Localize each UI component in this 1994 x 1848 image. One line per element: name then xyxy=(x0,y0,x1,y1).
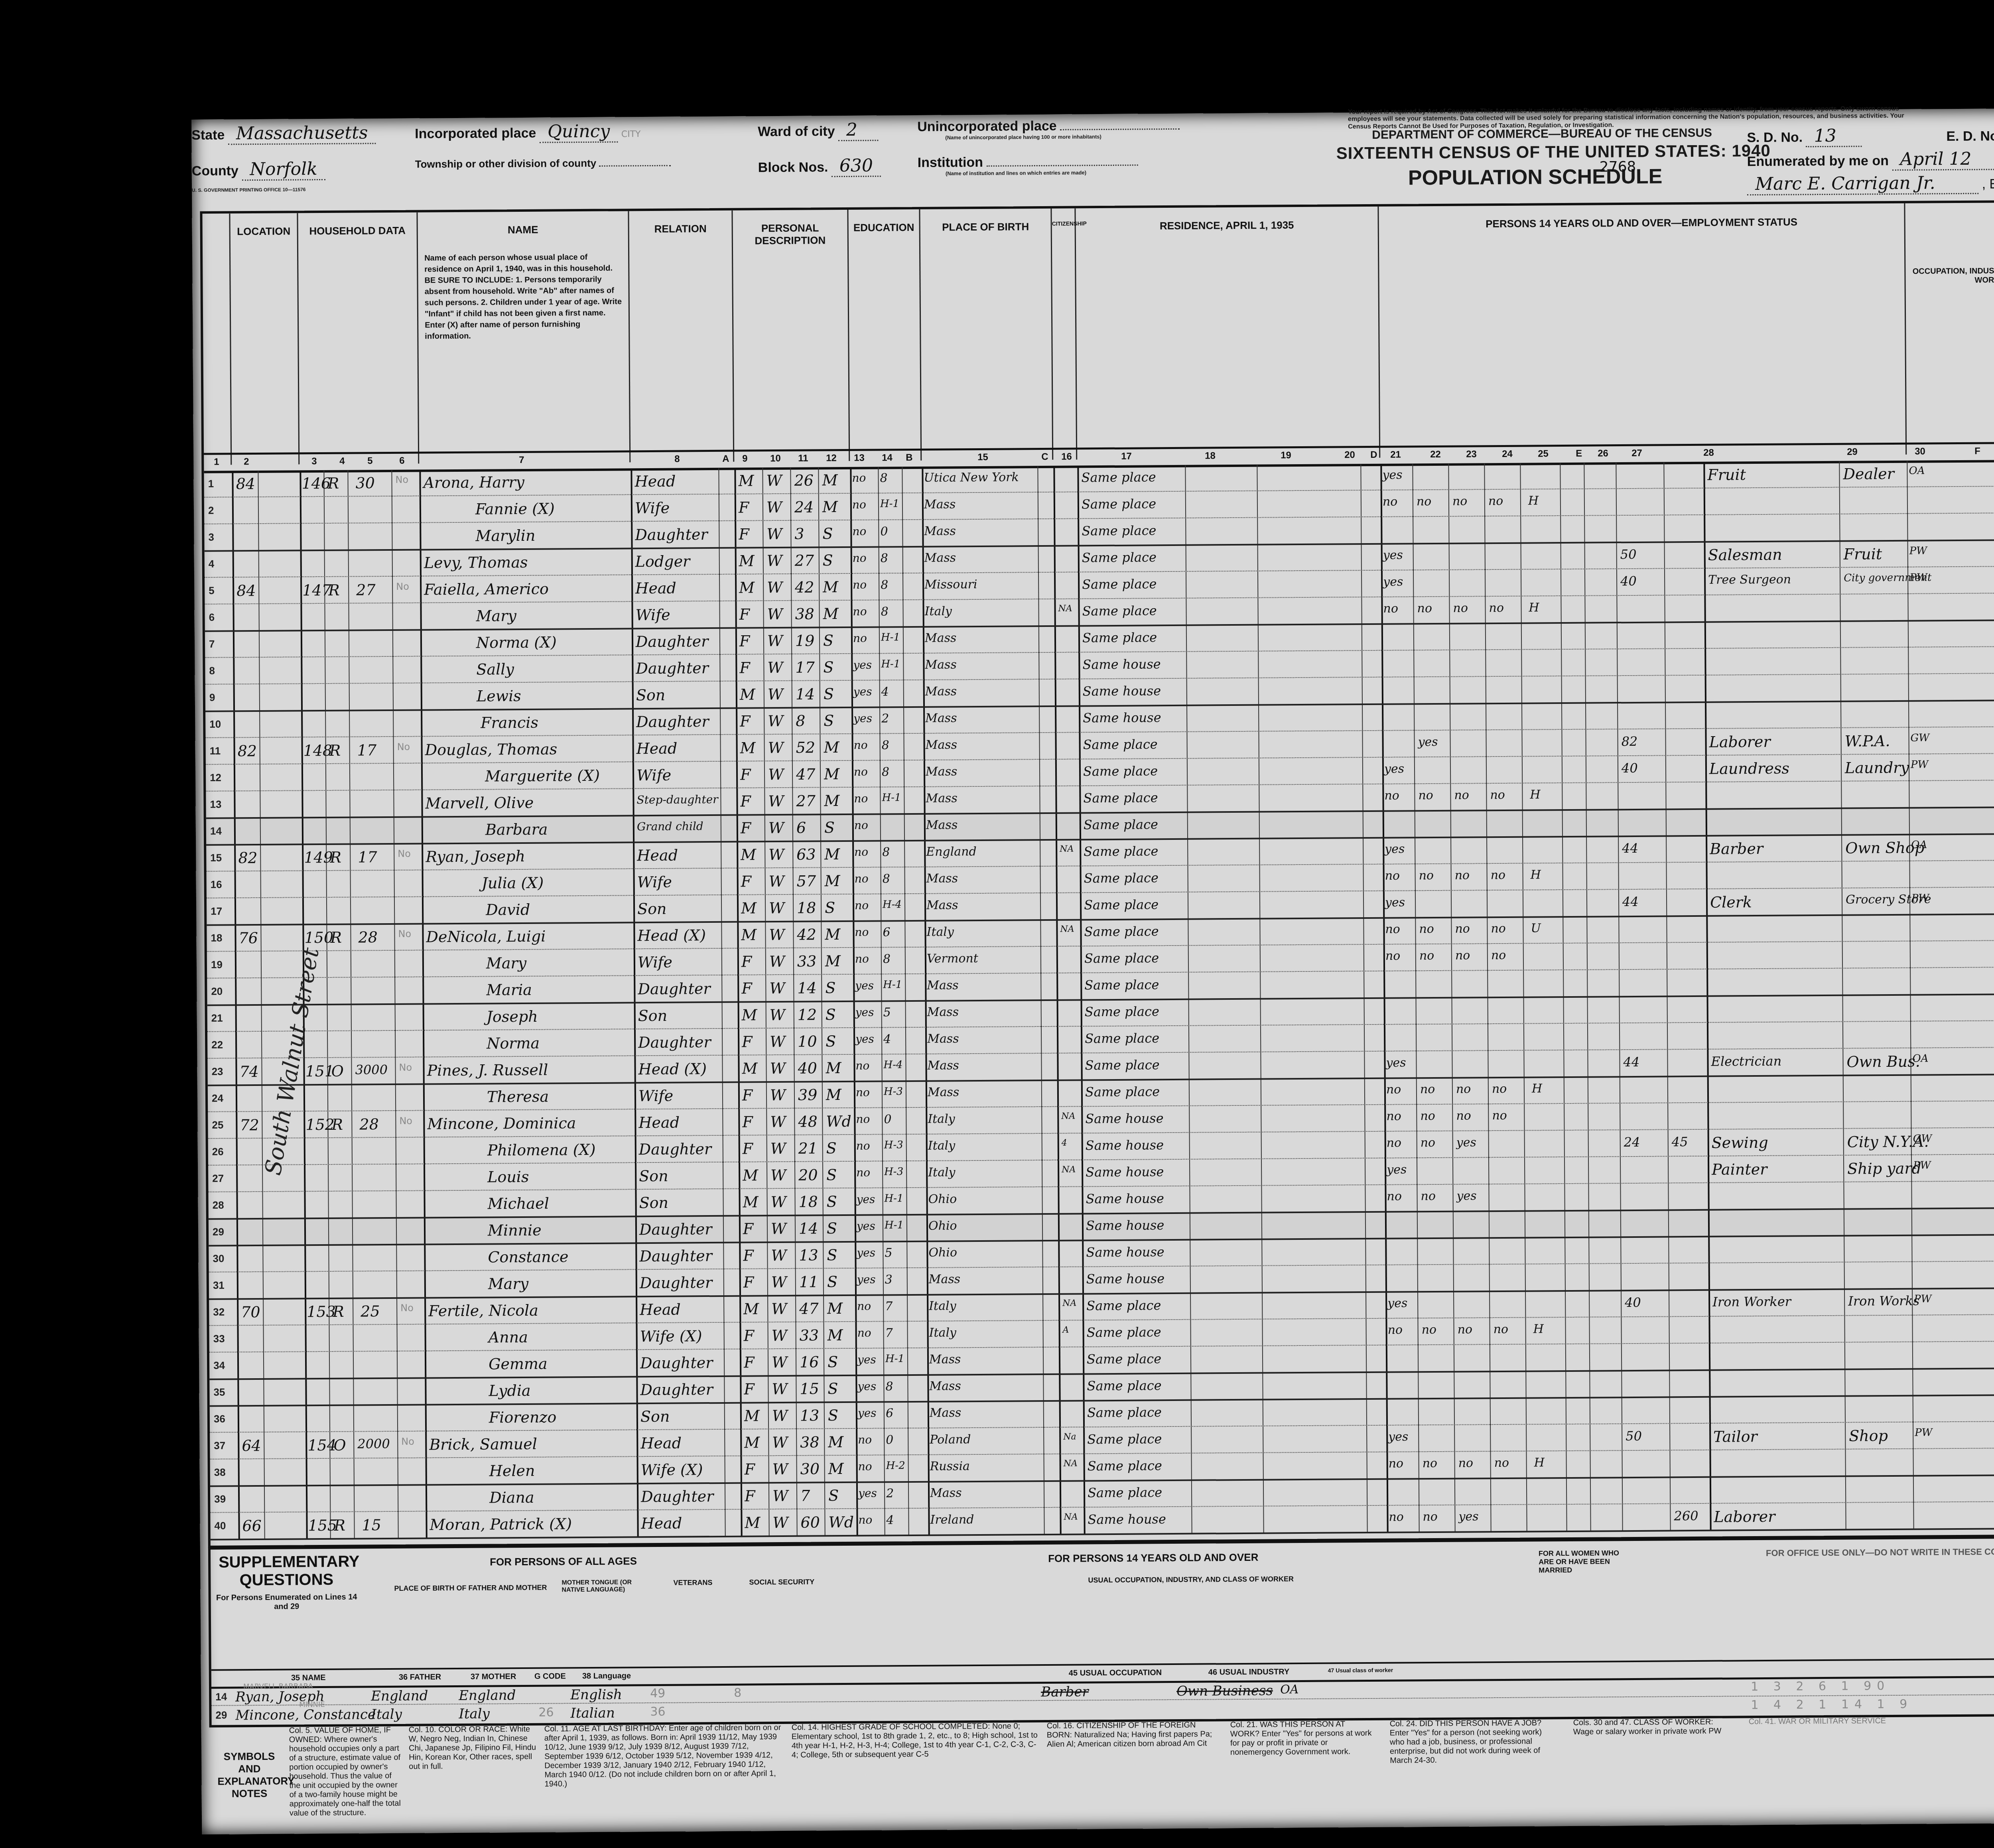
cell-value: Wife xyxy=(635,606,670,624)
cell-value: M xyxy=(743,1300,759,1318)
cell-value: Lydia xyxy=(489,1382,530,1400)
cell-value: Iron Worker xyxy=(1712,1294,1791,1310)
cell-value: H xyxy=(1530,788,1540,802)
cell-value: NA xyxy=(1060,844,1074,854)
cell-value: no xyxy=(1420,1109,1435,1123)
note-col16: Col. 16. CITIZENSHIP OF THE FOREIGN BORN… xyxy=(1047,1720,1214,1749)
note-col41: Col. 41. WAR OR MILITARY SERVICE xyxy=(1749,1716,1908,1726)
cell-value: Sewing xyxy=(1712,1134,1768,1152)
cell-value: Italy xyxy=(928,1139,956,1153)
cell-value: DeNicola, Luigi xyxy=(426,928,546,946)
cell-value: No xyxy=(397,741,410,753)
cell-value: S xyxy=(826,1166,837,1184)
cell-value: S xyxy=(824,712,834,729)
cell-value: W xyxy=(771,1220,786,1237)
block-value: 630 xyxy=(831,155,881,177)
cell-value: W xyxy=(768,766,784,783)
cell-value: no xyxy=(1458,1456,1474,1470)
cell-value: 74 xyxy=(239,1063,259,1080)
cell-value: 17 xyxy=(358,848,377,866)
line-number: 15 xyxy=(210,852,222,864)
cell-value: Italy xyxy=(929,1326,957,1340)
cell-value: Maria xyxy=(486,981,532,999)
cell-value: Daughter xyxy=(635,526,708,544)
cell-value: M xyxy=(826,1086,841,1103)
cell-value: yes xyxy=(1456,1189,1476,1203)
cell-value: no xyxy=(1389,1510,1404,1524)
cell-value: 0 xyxy=(880,524,888,538)
cell-value: 27 xyxy=(356,581,376,599)
cell-value: M xyxy=(742,1060,757,1077)
cell-value: Iron Works xyxy=(1848,1293,1919,1309)
cell-value: 4 xyxy=(881,685,889,699)
cell-value: S xyxy=(828,1380,838,1397)
cell-value: Same house xyxy=(1085,1111,1164,1126)
cell-value: Wife (X) xyxy=(641,1461,703,1479)
cell-value: no xyxy=(1387,1136,1402,1150)
state-value: Massachusetts xyxy=(228,122,376,145)
cell-value: 150 xyxy=(304,929,333,946)
cell-value: yes xyxy=(1384,762,1404,776)
incorporated-place-value: Quincy xyxy=(540,121,618,143)
cell-value: W xyxy=(772,1487,788,1505)
cell-value: M xyxy=(743,1166,758,1184)
cell-value: R xyxy=(331,1116,343,1133)
cell-value: 17 xyxy=(357,741,377,759)
cell-value: Mass xyxy=(929,1352,961,1366)
cell-value: 38 xyxy=(795,605,814,623)
cell-value: yes xyxy=(858,1407,877,1420)
cell-value: Vermont xyxy=(927,952,978,966)
cell-value: H xyxy=(1531,868,1541,882)
cell-value: 47 xyxy=(799,1300,819,1317)
cell-value: Italy xyxy=(371,1706,402,1722)
cell-value: Daughter xyxy=(640,1381,713,1399)
cell-value: H-3 xyxy=(884,1086,903,1097)
cell-value: Mary xyxy=(486,954,526,972)
cell-value: GW xyxy=(1910,732,1929,744)
cell-value: Faiella, Americo xyxy=(424,580,549,599)
cell-value: Same place xyxy=(1083,790,1158,806)
cell-value: 6 xyxy=(883,925,890,939)
line-number: 20 xyxy=(211,985,223,998)
cell-value: W.P.A. xyxy=(1844,732,1890,750)
cell-value: M xyxy=(825,952,841,970)
cell-value: M xyxy=(825,872,840,890)
cell-value: no xyxy=(855,926,869,939)
cell-value: Same house xyxy=(1083,683,1161,699)
cell-value: S xyxy=(827,1246,837,1264)
cell-value: no xyxy=(1489,601,1504,615)
cell-value: W xyxy=(767,552,782,569)
cell-value: Head xyxy=(638,1114,680,1132)
cell-value: W xyxy=(768,846,784,863)
cell-value: no xyxy=(1385,869,1400,883)
cell-value: Italy xyxy=(928,1165,956,1179)
cell-value: M xyxy=(826,1059,841,1077)
cell-value: PW xyxy=(1911,759,1928,770)
incorporated-place-field: Incorporated place Quincy CITY xyxy=(415,121,641,144)
cell-value: 40 xyxy=(1622,760,1638,776)
cell-value: W xyxy=(769,979,785,997)
cell-value: F xyxy=(742,1033,753,1050)
cell-value: 8 xyxy=(885,1379,893,1393)
cell-value: 26 xyxy=(538,1706,554,1720)
cell-value: no xyxy=(856,1166,870,1179)
cell-value: no xyxy=(855,872,869,885)
cell-value: Head xyxy=(635,579,676,597)
cell-value: R xyxy=(327,475,339,492)
cell-value: David xyxy=(486,901,530,919)
cell-value: F xyxy=(741,953,752,970)
cell-value: 10 xyxy=(798,1032,817,1050)
cell-value: no xyxy=(1423,1456,1438,1470)
cell-value: Same house xyxy=(1083,710,1161,725)
cell-value: R xyxy=(333,1303,344,1320)
ward-field: Ward of city 2 xyxy=(758,119,878,142)
line-number: 7 xyxy=(209,638,215,650)
enumeration-date-field: Enumerated by me on April 12 , 1940. xyxy=(1747,148,1994,171)
cell-value: PW xyxy=(1909,571,1927,583)
cell-value: W xyxy=(766,472,782,489)
cell-value: no xyxy=(1455,868,1470,882)
cell-value: No xyxy=(400,1302,414,1314)
enumeration-date: April 12 xyxy=(1892,148,1994,171)
cell-value: 57 xyxy=(797,872,816,890)
cell-value: H-1 xyxy=(885,1219,904,1231)
cell-value: Italy xyxy=(924,604,952,618)
cell-value: Daughter xyxy=(641,1487,714,1505)
cell-value: Constance xyxy=(488,1248,568,1266)
cell-value: Ryan, Joseph xyxy=(426,847,525,866)
cell-value: Head (X) xyxy=(638,1060,707,1078)
cell-value: no xyxy=(1492,1109,1507,1123)
cell-value: no xyxy=(852,525,866,538)
cell-value: F xyxy=(744,1353,755,1371)
city-stamp: CITY xyxy=(621,129,641,139)
cell-value: no xyxy=(1385,949,1401,963)
cell-value: W xyxy=(772,1460,788,1478)
cell-value: 47 xyxy=(796,765,816,783)
cell-value: M xyxy=(827,1300,843,1317)
cell-value: F xyxy=(744,1327,755,1344)
cell-value: 8 xyxy=(883,952,891,966)
cell-value: Philomena (X) xyxy=(487,1141,596,1159)
cell-value: Italy xyxy=(459,1706,490,1722)
department-title: DEPARTMENT OF COMMERCE—BUREAU OF THE CEN… xyxy=(1372,126,1712,142)
cell-value: 84 xyxy=(236,582,256,599)
group-residence-1935: RESIDENCE, APRIL 1, 1935 xyxy=(1076,207,1380,460)
cell-value: R xyxy=(328,581,340,599)
cell-value: 36 xyxy=(650,1705,665,1719)
cell-value: Same place xyxy=(1084,924,1159,939)
cell-value: Laborer xyxy=(1709,733,1770,751)
cell-value: no xyxy=(853,578,867,591)
enumerator-signature: Marc E. Carrigan Jr. xyxy=(1747,173,1978,196)
cell-value: 45 xyxy=(1672,1134,1688,1149)
cell-value: Same house xyxy=(1086,1271,1165,1287)
line-number: 30 xyxy=(213,1253,224,1265)
unincorporated-field: Unincorporated place (Name of unincorpor… xyxy=(917,118,1180,141)
cell-value: Son xyxy=(639,1194,668,1212)
cell-value: F xyxy=(744,1380,755,1398)
cell-value: 33 xyxy=(800,1326,819,1344)
cell-value: no xyxy=(1494,1456,1509,1470)
cell-value: Norma (X) xyxy=(476,633,557,651)
cell-value: W xyxy=(769,899,784,917)
cell-value: Mass xyxy=(927,1058,959,1072)
line-number: 25 xyxy=(212,1119,223,1131)
cell-value: Same place xyxy=(1084,817,1158,832)
cell-value: yes xyxy=(853,712,872,725)
cell-value: M xyxy=(739,579,755,596)
group-occupation: OCCUPATION, INDUSTRY, AND CLASS OF WORKE… xyxy=(1905,202,1994,455)
cell-value: yes xyxy=(855,1006,874,1019)
cell-value: S xyxy=(823,658,833,676)
cell-value: 27 xyxy=(796,792,816,810)
cell-value: W xyxy=(770,1140,786,1157)
cell-value: F xyxy=(739,659,750,676)
cell-value: Italy xyxy=(926,925,954,939)
cell-value: 26 xyxy=(794,471,814,489)
cell-value: Step-daughter xyxy=(636,793,718,806)
cell-value: H-1 xyxy=(880,498,899,510)
cell-value: Daughter xyxy=(639,1140,712,1158)
cell-value: NA xyxy=(1058,604,1072,614)
cell-value: yes xyxy=(1386,1056,1406,1070)
cell-value: H-3 xyxy=(884,1139,903,1151)
cell-value: yes xyxy=(1385,895,1405,909)
cell-value: yes xyxy=(857,1246,875,1259)
cell-value: F xyxy=(741,979,752,997)
cell-value: NA xyxy=(1060,924,1074,934)
cell-value: W xyxy=(766,525,782,543)
cell-value: Dealer xyxy=(1843,465,1894,483)
cell-value: W xyxy=(771,1273,787,1291)
cell-value: 30 xyxy=(800,1460,820,1478)
cell-value: F xyxy=(739,525,749,543)
cell-value: W xyxy=(770,1193,786,1211)
cell-value: 40 xyxy=(1620,573,1637,589)
cell-value: Mass xyxy=(926,738,958,752)
cell-value: Gemma xyxy=(489,1355,548,1373)
cell-value: Michael xyxy=(487,1195,549,1213)
cell-value: W xyxy=(768,792,784,810)
cell-value: Wife xyxy=(638,1087,673,1105)
cell-value: yes xyxy=(858,1487,877,1500)
cell-value: M xyxy=(823,578,838,596)
cell-value: Daughter xyxy=(639,1247,712,1265)
line-number: 11 xyxy=(210,745,221,757)
cell-value: no xyxy=(855,952,869,965)
cell-value: 40 xyxy=(1625,1295,1641,1310)
cell-value: no xyxy=(1491,948,1506,962)
cell-value: H xyxy=(1532,1082,1542,1095)
cell-value: 154 xyxy=(307,1436,337,1454)
cell-value: Brick, Samuel xyxy=(429,1435,537,1454)
cell-value: Same place xyxy=(1084,843,1158,859)
cell-value: Son xyxy=(636,686,666,704)
cell-value: S xyxy=(822,525,833,542)
cell-value: F xyxy=(743,1140,753,1157)
cell-value: M xyxy=(741,899,757,917)
cell-value: S xyxy=(823,552,833,569)
cell-value: no xyxy=(1385,922,1400,936)
cell-value: no xyxy=(1418,788,1433,802)
cell-value: Marguerite (X) xyxy=(485,767,600,785)
cell-value: yes xyxy=(857,1353,876,1366)
cell-value: W xyxy=(769,926,784,944)
cell-value: F xyxy=(739,605,750,623)
cell-value: Same house xyxy=(1086,1218,1164,1233)
cell-value: Same place xyxy=(1082,576,1157,592)
cell-value: 152 xyxy=(305,1116,335,1133)
cell-value: W xyxy=(772,1353,787,1371)
cell-value: Mass xyxy=(929,1379,961,1393)
cell-value: Same place xyxy=(1082,523,1156,538)
cell-value: Mass xyxy=(930,1486,962,1500)
cell-value: no xyxy=(1420,1082,1435,1096)
cell-value: no xyxy=(1491,922,1506,936)
cell-value: O xyxy=(331,1062,343,1080)
cell-value: Same house xyxy=(1086,1164,1164,1180)
cell-value: H xyxy=(1533,1322,1543,1336)
cell-value: NA xyxy=(1062,1165,1076,1175)
cell-value: Wd xyxy=(828,1513,854,1531)
cell-value: no xyxy=(853,552,867,565)
cell-value: S xyxy=(825,979,835,997)
cell-value: Son xyxy=(639,1167,668,1185)
cell-value: Same house xyxy=(1086,1137,1164,1153)
cell-value: 24 xyxy=(794,498,814,516)
cell-value: Mass xyxy=(924,524,956,538)
cell-value: Fannie (X) xyxy=(475,500,555,518)
cell-value: R xyxy=(330,849,341,866)
cell-value: 12 xyxy=(798,1006,817,1023)
cell-value: no xyxy=(1457,1322,1472,1336)
group-place-of-birth: PLACE OF BIRTH xyxy=(920,209,1053,461)
cell-value: Son xyxy=(638,1007,668,1024)
line-number: 3 xyxy=(208,531,214,544)
line-number: 23 xyxy=(211,1066,223,1078)
cell-value: no xyxy=(1454,788,1469,802)
cell-value: Daughter xyxy=(640,1274,713,1292)
cell-value: 49 xyxy=(650,1686,665,1700)
cell-value: no xyxy=(852,498,866,511)
cell-value: no xyxy=(1417,495,1432,508)
line-number: 18 xyxy=(211,932,222,944)
cell-value: Head xyxy=(636,740,678,758)
cell-value: 4 xyxy=(886,1513,894,1527)
cell-value: yes xyxy=(1382,468,1402,482)
cell-value: 4 xyxy=(883,1032,891,1046)
group-citizenship: CITIZENSHIP xyxy=(1052,208,1077,459)
cell-value: 16 xyxy=(800,1353,819,1371)
cell-value: 3 xyxy=(794,525,804,543)
cell-value: Anna xyxy=(489,1328,528,1346)
cell-value: H-1 xyxy=(882,792,901,804)
cell-value: F xyxy=(740,792,751,810)
cell-value: Daughter xyxy=(638,1033,711,1051)
cell-value: 153 xyxy=(307,1303,336,1320)
group-relation: RELATION xyxy=(629,211,734,463)
cell-value: H xyxy=(1528,494,1539,508)
cell-value: Ship yard xyxy=(1847,1160,1921,1178)
cell-value: 17 xyxy=(795,658,815,676)
cell-value: W xyxy=(768,712,783,730)
cell-value: H-1 xyxy=(881,658,900,670)
cell-value: No xyxy=(399,1062,412,1073)
cell-value: 8 xyxy=(881,578,888,592)
cell-value: 260 xyxy=(1674,1508,1698,1523)
cell-value: OA xyxy=(1911,839,1927,851)
cell-value: S xyxy=(825,899,835,916)
cell-value: 50 xyxy=(1620,547,1637,562)
cell-value: F xyxy=(743,1247,754,1264)
cell-value: W xyxy=(766,498,782,516)
note-col5: Col. 5. VALUE OF HOME, IF OWNED: Where o… xyxy=(289,1726,401,1818)
cell-value: M xyxy=(828,1460,844,1478)
cell-value: 44 xyxy=(1622,841,1638,856)
cell-value: H xyxy=(1529,601,1539,615)
cell-value: no xyxy=(855,1059,869,1072)
cell-value: Mary xyxy=(476,607,516,625)
cell-value: Italian xyxy=(570,1705,615,1722)
cell-value: M xyxy=(742,1006,757,1024)
sheet-header: State Massachusetts County Norfolk U. S.… xyxy=(191,106,1994,211)
cell-value: Wife xyxy=(637,873,672,891)
cell-value: yes xyxy=(857,1380,876,1393)
cell-value: S xyxy=(828,1407,838,1424)
cell-value: Head xyxy=(634,473,676,491)
cell-value: no xyxy=(1417,601,1432,615)
cell-value: No xyxy=(398,848,411,859)
cell-value: Same place xyxy=(1087,1378,1161,1393)
cell-value: Sally xyxy=(476,660,514,678)
cell-value: 82 xyxy=(238,849,258,867)
cell-value: Ohio xyxy=(928,1192,957,1206)
cell-value: 3 xyxy=(885,1273,893,1287)
cell-value: yes xyxy=(1383,548,1403,562)
cell-value: 149 xyxy=(304,849,333,866)
cell-value: no xyxy=(858,1460,872,1473)
cell-value: Diana xyxy=(489,1489,534,1507)
cell-value: OA xyxy=(1280,1683,1298,1696)
cell-value: Louis xyxy=(487,1168,529,1186)
printing-office: U. S. GOVERNMENT PRINTING OFFICE 10—1157… xyxy=(192,187,305,193)
cell-value: 0 xyxy=(886,1433,893,1447)
cell-value: W xyxy=(770,1033,785,1050)
cell-value: yes xyxy=(1458,1509,1478,1523)
cell-value: 44 xyxy=(1623,1054,1639,1070)
cell-value: Ohio xyxy=(928,1219,957,1233)
cell-value: 15 xyxy=(800,1380,819,1397)
cell-value: 38 xyxy=(800,1433,820,1451)
cell-value: no xyxy=(852,471,866,485)
cell-value: Salesman xyxy=(1708,546,1782,564)
cell-value: R xyxy=(334,1517,345,1534)
cell-value: No xyxy=(398,928,411,940)
county-field: County Norfolk xyxy=(192,159,325,181)
population-schedule-grid: LOCATION HOUSEHOLD DATA NAME Name of eac… xyxy=(200,199,1994,1548)
cell-value: Douglas, Thomas xyxy=(425,740,558,759)
cell-value: M xyxy=(741,926,757,944)
cell-value: F xyxy=(743,1273,754,1291)
cell-value: NA xyxy=(1061,1111,1075,1121)
cell-value: no xyxy=(1383,495,1398,509)
cell-value: F xyxy=(741,873,752,890)
cell-value: yes xyxy=(855,1032,874,1046)
